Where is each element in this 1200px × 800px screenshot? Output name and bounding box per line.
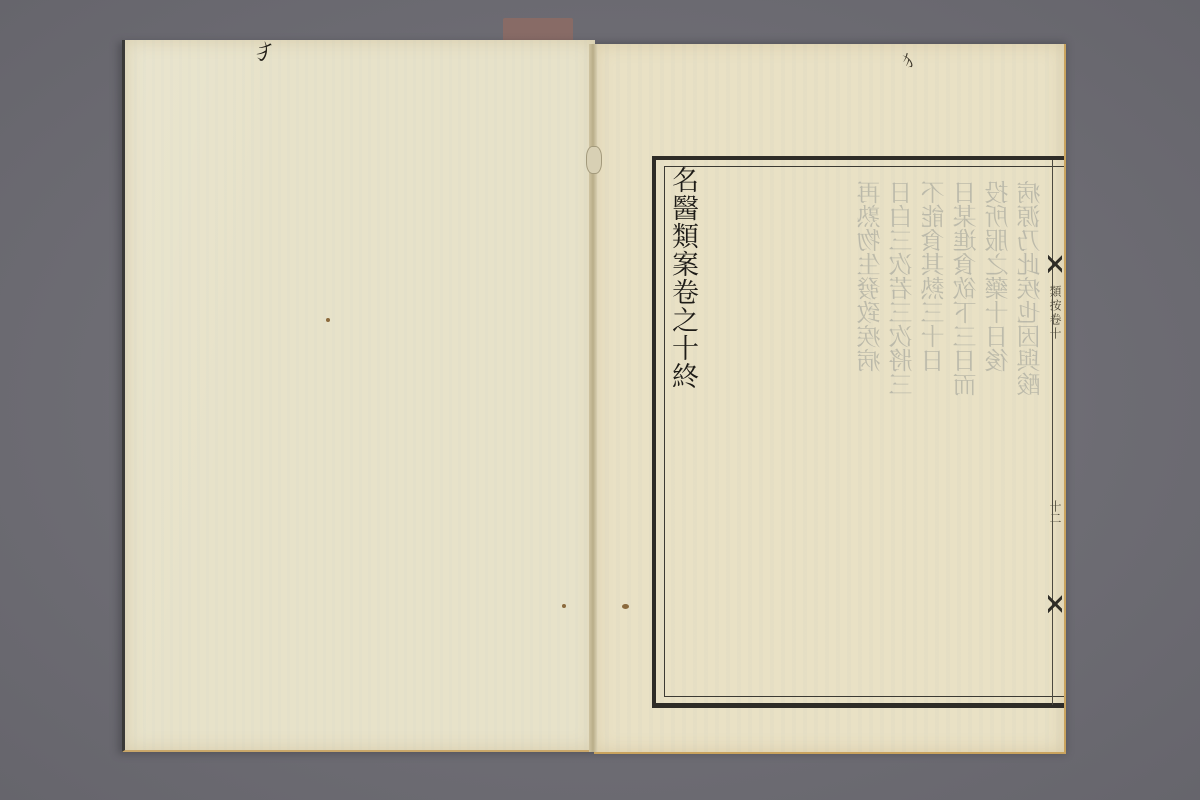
print-frame-inner-rule [664,166,1064,697]
print-frame-border [652,156,1064,708]
fold-edge-page-number: 十二 [1050,500,1064,524]
spine-binding-tear [586,146,602,174]
paper-speck [622,604,629,609]
fold-edge-title: 類按卷十 [1050,285,1064,341]
center-fold-column [1052,160,1065,705]
fish-tail-marker-bottom-icon [1048,590,1062,618]
left-page-blank [122,40,595,752]
paper-speck [326,318,330,322]
paper-speck [562,604,566,608]
fish-tail-marker-top-icon [1048,250,1062,278]
volume-end-title: 名醫類案卷之十終 [665,166,699,390]
